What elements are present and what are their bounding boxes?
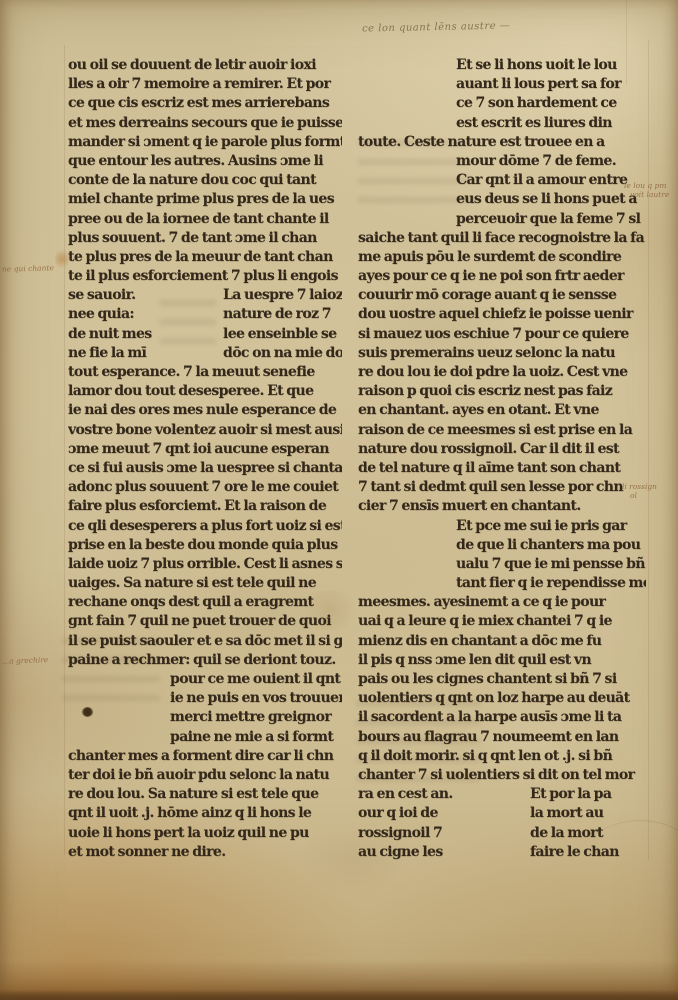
text-line: ce qli desesperers a plus fort uoiz si e… (68, 517, 342, 536)
text-line: prise en la beste dou monde quia plus (68, 536, 342, 555)
text-line: perceuoir que la feme 7 sl (358, 210, 646, 229)
text-line: raison p quoi cis escriz nest pas faiz (358, 382, 646, 401)
text-line: ie nai des ores mes nule esperance de (68, 401, 342, 420)
text-line: ayes pour ce q ie ne poi son frtr aeder (358, 267, 646, 286)
text-line: de que li chanters ma pou (358, 536, 646, 555)
text-line: pree ou de la iornee de tant chante il (68, 210, 342, 229)
text-line: il sacordent a la harpe ausīs ɔme li ta (358, 708, 646, 727)
text-line: eus deus se li hons puet a (358, 190, 646, 209)
text-line: faire plus esforciemt. Et la raison de (68, 497, 342, 516)
text-line: re dou lou ie doi pdre la uoiz. Cest vne (358, 363, 646, 382)
text-line-left-part: rossignoil 7 (358, 824, 442, 843)
text-line: suis premerains ueuz selonc la natu (358, 344, 646, 363)
text-line-right-part: de la mort (530, 824, 603, 843)
text-line: si mauez uos eschiue 7 pour ce quiere (358, 325, 646, 344)
ruling-line-left (64, 45, 65, 855)
text-line-right-part: Et por la pa (530, 785, 611, 804)
text-line: ce si fui ausis ɔme la uespree si chanta… (68, 459, 342, 478)
text-line: rossignoil 7de la mort (358, 824, 646, 843)
text-line: cier 7 ensīs muert en chantant. (358, 497, 646, 516)
text-line: conte de la nature dou coc qui tant (68, 171, 342, 190)
text-line: couurir mō corage auant q ie sensse (358, 286, 646, 305)
text-line: ou oil se douuent de letir auoir ioxi (68, 56, 342, 75)
text-line: laide uoiz 7 plus orrible. Cest li asnes… (68, 555, 342, 574)
text-line: ualu 7 que ie mi pensse bñ (358, 555, 646, 574)
text-line: tout esperance. 7 la meuut senefie (68, 363, 342, 382)
text-line: adonc plus souuent 7 ore le me couiet (68, 478, 342, 497)
text-line-right-part: dōc on na mie dou (223, 344, 342, 363)
text-line: ce que cis escriz est mes arrierebans (68, 94, 342, 113)
margin-note-line: voit lautre (624, 190, 669, 199)
text-line: rechane onqs dest quil a eragremt (68, 593, 342, 612)
text-line: il se puist saouler et e sa dōc met il s… (68, 632, 342, 651)
text-line: lles a oir 7 memoire a remirer. Et por (68, 75, 342, 94)
text-line-left-part: se sauoir. (68, 286, 135, 305)
text-line: uolentiers q qnt on loz harpe au deuāt (358, 689, 646, 708)
text-line: merci mettre greignor (68, 708, 342, 727)
margin-note-line: le lou q pm (624, 181, 669, 190)
text-line: mour dōme 7 de feme. (358, 152, 646, 171)
text-line: en chantant. ayes en otant. Et vne (358, 401, 646, 420)
text-line: mienz dis en chantant a dōc me fu (358, 632, 646, 651)
text-line: re dou lou. Sa nature si est tele que (68, 785, 342, 804)
text-line: et mes derreains secours que ie puisse (68, 114, 342, 133)
margin-note-line: li rossign (622, 482, 657, 491)
text-line: ie ne puis en vos trouuer (68, 689, 342, 708)
text-line: Et pce me sui ie pris gar (358, 517, 646, 536)
manuscript-page: ce lon quant lēns austre — ou oil se dou… (0, 0, 678, 1000)
text-line: dou uostre aquel chiefz ie poisse uenir (358, 305, 646, 324)
text-line: mander si ɔment q ie parole plus formt (68, 133, 342, 152)
text-line: auant li lous pert sa for (358, 75, 646, 94)
text-line: il pis q nss ɔme len dit quil est vn (358, 651, 646, 670)
text-line-left-part: ra en cest an. (358, 785, 453, 804)
margin-note-left-2: ...a grechire (2, 655, 49, 666)
margin-note-line: ol (622, 491, 657, 500)
text-line: 7 tant si dedmt quil sen lesse por chn (358, 478, 646, 497)
text-line: au cigne lesfaire le chan (358, 843, 646, 862)
margin-note-right-2: li rossign ol (622, 482, 657, 500)
page-bottom-edge (0, 990, 678, 1000)
text-line: te plus pres de la meuur de tant chan (68, 248, 342, 267)
text-line: q il doit morir. si q qnt len ot .j. si … (358, 747, 646, 766)
text-line: ce 7 son hardement ce (358, 94, 646, 113)
text-line-right-part: la mort au (530, 804, 603, 823)
text-line: nee quia:nature de roz 7 (68, 305, 342, 324)
stain (55, 248, 69, 270)
text-line-left-part: our q ioi de (358, 804, 438, 823)
text-line: pour ce me ouient il qnt (68, 670, 342, 689)
text-line: raison de ce meesmes si est prise en la (358, 421, 646, 440)
text-line: gnt fain 7 quil ne puet trouer de quoi (68, 612, 342, 631)
text-line: paine a rechmer: quil se deriont touz. (68, 651, 342, 670)
text-line: te il plus esforciement 7 plus li engois (68, 267, 342, 286)
text-line: paine ne mie a si formt (68, 728, 342, 747)
text-line: ɔme meuut 7 qnt ioi aucune esperan (68, 440, 342, 459)
text-line: que entour les autres. Ausins ɔme li (68, 152, 342, 171)
text-line: et mot sonner ne dire. (68, 843, 342, 862)
text-line: ne fie la mīdōc on na mie dou (68, 344, 342, 363)
text-line-right-part: nature de roz 7 (223, 305, 331, 324)
text-line-left-part: nee quia: (68, 305, 134, 324)
text-line: pais ou les cignes chantent si bñ 7 si (358, 670, 646, 689)
text-column-right: Et se li hons uoit le louauant li lous p… (358, 56, 646, 862)
text-line: chanter mes a forment dire car li chn (68, 747, 342, 766)
text-line: chanter 7 si uolentiers si dit on tel mo… (358, 766, 646, 785)
text-line: Car qnt il a amour entre (358, 171, 646, 190)
text-line: miel chante prime plus pres de la ues (68, 190, 342, 209)
ruling-line-right (648, 40, 649, 860)
text-line: nature dou rossignoil. Car il dit il est (358, 440, 646, 459)
text-line: uoie li hons pert la uoiz quil ne pu (68, 824, 342, 843)
text-line: lamor dou tout desesperee. Et que (68, 382, 342, 401)
text-line: est escrit es liures din (358, 114, 646, 133)
text-line: toute. Ceste nature est trouee en a (358, 133, 646, 152)
text-line: meesmes. ayesinemt a ce q ie pour (358, 593, 646, 612)
text-line: me apuis pōu le surdemt de scondire (358, 248, 646, 267)
text-column-left: ou oil se douuent de letir auoir ioxille… (68, 56, 342, 862)
text-line: plus souuent. 7 de tant ɔme il chan (68, 229, 342, 248)
margin-note-right-1: le lou q pm voit lautre (624, 181, 669, 199)
text-line: ra en cest an.Et por la pa (358, 785, 646, 804)
text-line: our q ioi dela mort au (358, 804, 646, 823)
text-line: Et se li hons uoit le lou (358, 56, 646, 75)
text-line-right-part: La uespre 7 laioz (223, 286, 342, 305)
text-line-left-part: de nuit mes (68, 325, 152, 344)
text-line-right-part: lee enseinble se (223, 325, 336, 344)
text-line: tant fier q ie rependisse moi (358, 574, 646, 593)
text-line: vostre bone volentez auoir si mest ausis (68, 421, 342, 440)
margin-note-top: ce lon quant lēns austre — (362, 20, 510, 34)
text-line: de nuit meslee enseinble se (68, 325, 342, 344)
text-line-left-part: ne fie la mī (68, 344, 146, 363)
text-line-right-part: faire le chan (530, 843, 619, 862)
text-line: bours au flagrau 7 noumeemt en lan (358, 728, 646, 747)
text-line: qnt il uoit .j. hōme ainz q li hons le (68, 804, 342, 823)
margin-note-left-1: ne qui chante (2, 263, 54, 273)
text-line: uai q a leure q ie miex chantei 7 q ie (358, 612, 646, 631)
text-line-left-part: au cigne les (358, 843, 443, 862)
text-line: saiche tant quil li face recognoistre la… (358, 229, 646, 248)
text-line: de tel nature q il aīme tant son chant (358, 459, 646, 478)
text-line: se sauoir.La uespre 7 laioz (68, 286, 342, 305)
text-line: uaiges. Sa nature si est tele quil ne (68, 574, 342, 593)
text-line: ter doi ie bñ auoir pdu selonc la natu (68, 766, 342, 785)
